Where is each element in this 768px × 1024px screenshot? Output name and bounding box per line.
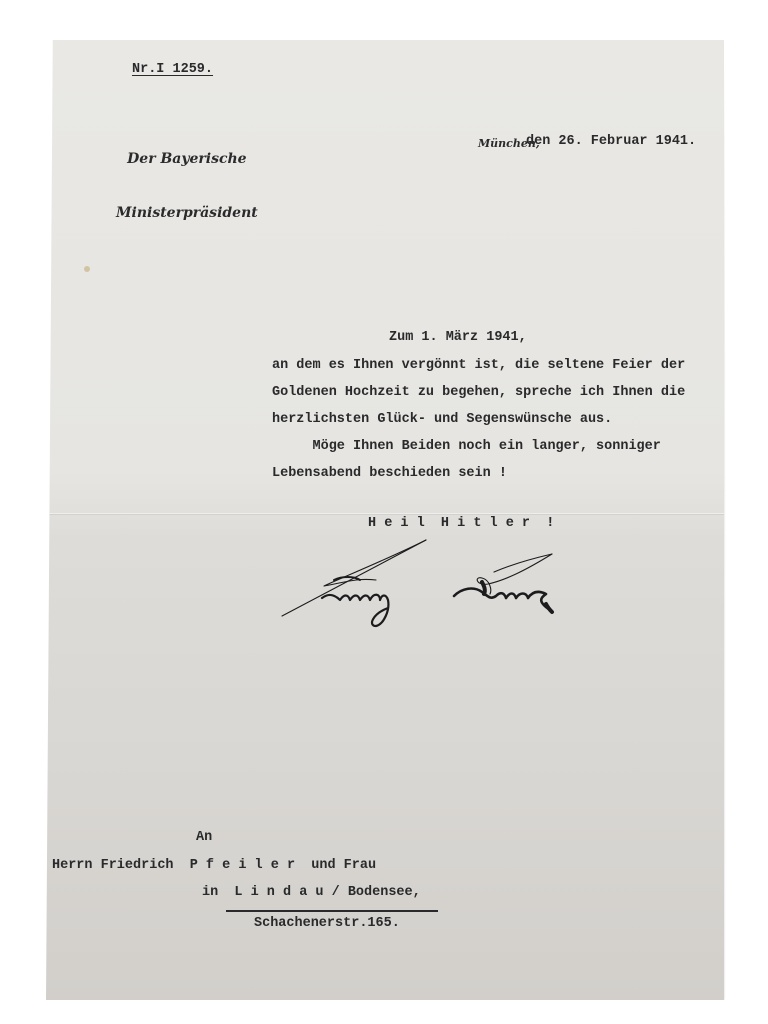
letterhead-line-1: Der Bayerische: [116, 150, 258, 168]
paper-stain: [84, 266, 90, 272]
letter-paper: Nr.I 1259. Der Bayerische Ministerpräsid…: [46, 40, 724, 1000]
recipient-street: Schachenerstr.165.: [254, 916, 400, 931]
body-line: an dem es Ihnen vergönnt ist, die selten…: [272, 358, 685, 373]
paper-fold-line: [46, 513, 724, 515]
recipient-name: Herrn Friedrich P f e i l e r und Frau: [52, 858, 376, 873]
photo-background: Nr.I 1259. Der Bayerische Ministerpräsid…: [0, 0, 768, 1024]
letterhead: Der Bayerische Ministerpräsident: [116, 114, 258, 258]
city-underline: [226, 910, 438, 912]
recipient-prefix: An: [196, 830, 212, 845]
handwritten-signature: Ludwig Siebert: [276, 520, 576, 630]
body-line: Goldenen Hochzeit zu begehen, spreche ic…: [272, 385, 685, 400]
body-line: herzlichsten Glück- und Segenswünsche au…: [272, 412, 612, 427]
recipient-city: in L i n d a u / Bodensee,: [202, 885, 421, 900]
body-line: Möge Ihnen Beiden noch ein langer, sonni…: [272, 439, 661, 454]
letterhead-line-2: Ministerpräsident: [116, 204, 258, 222]
reference-number: Nr.I 1259.: [132, 62, 213, 77]
letter-date: den 26. Februar 1941.: [526, 134, 696, 149]
body-heading: Zum 1. März 1941,: [389, 330, 527, 345]
signature-icon: [276, 520, 576, 630]
body-line: Lebensabend beschieden sein !: [272, 466, 507, 481]
